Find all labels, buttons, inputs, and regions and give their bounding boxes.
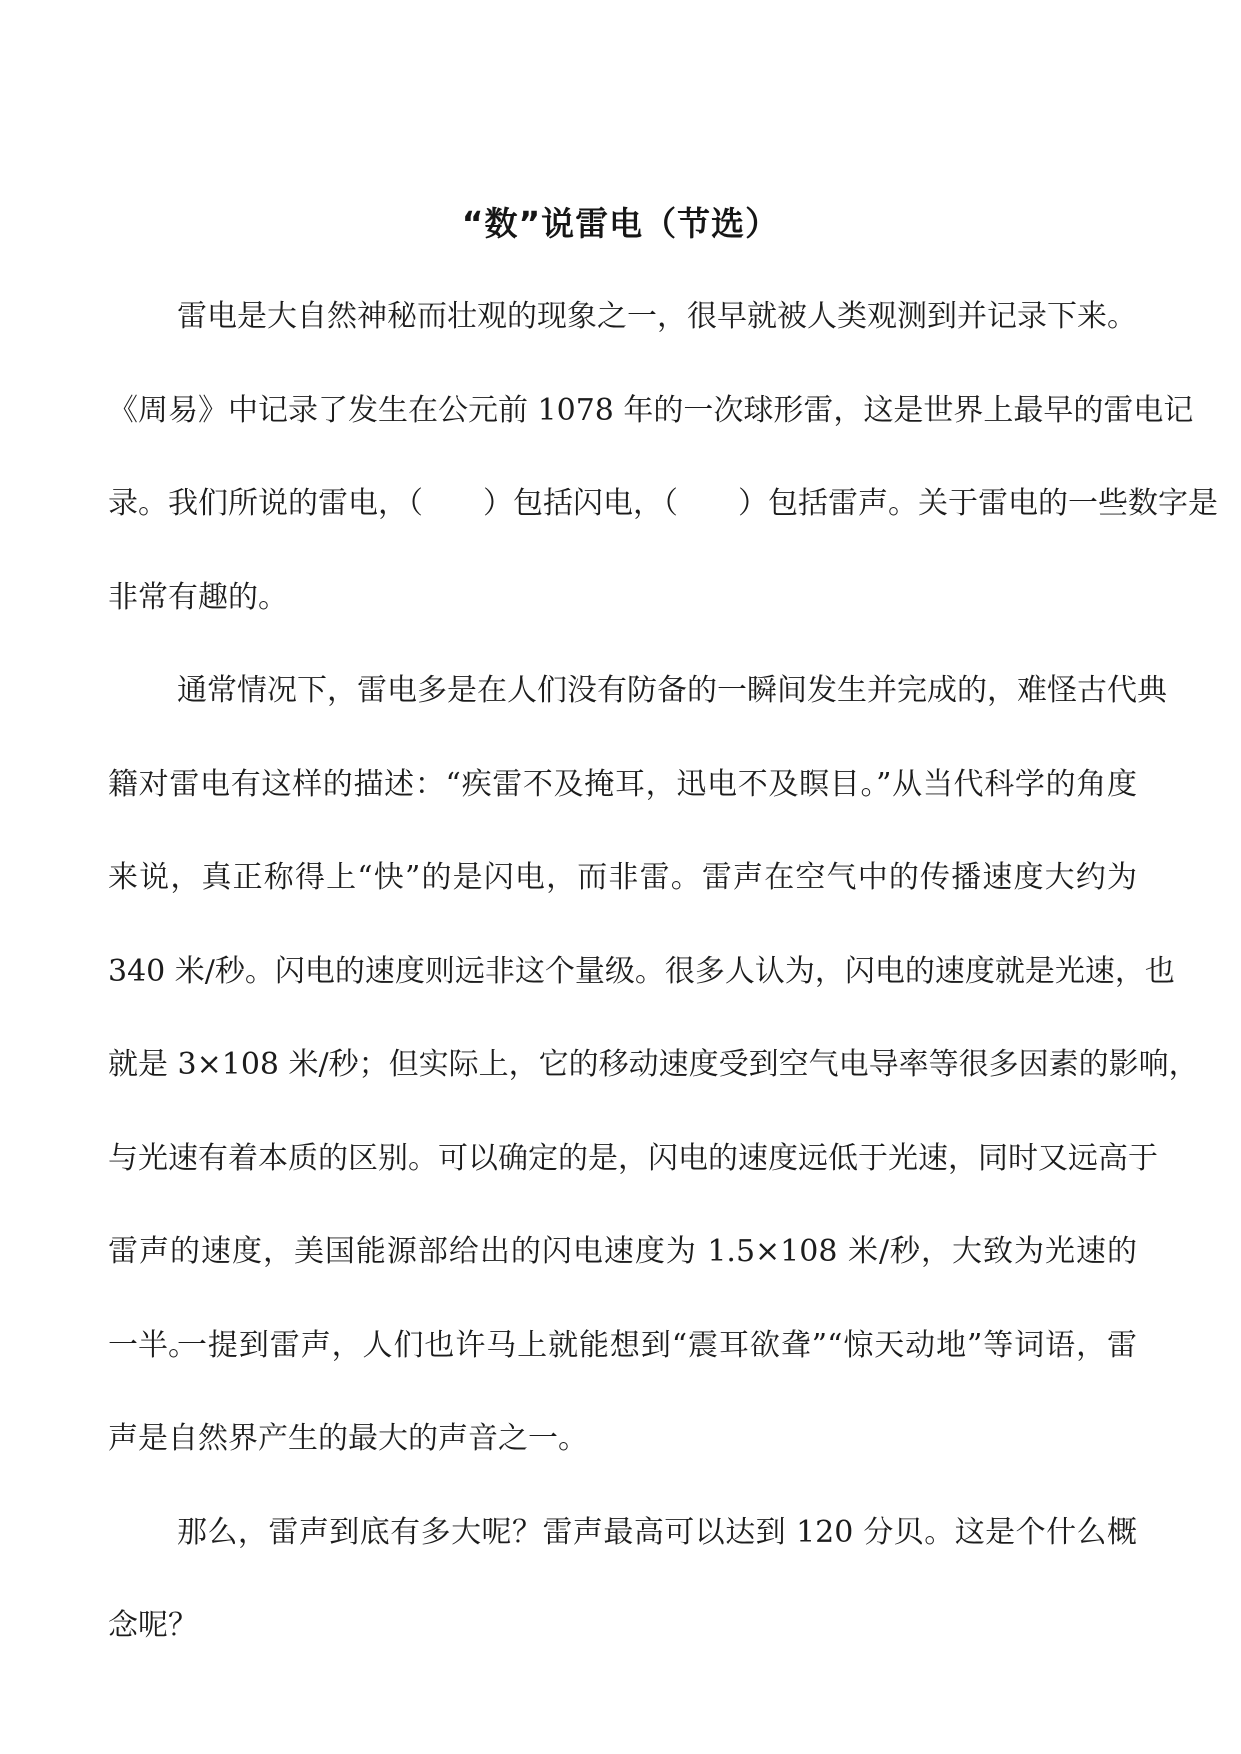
text-line: 籍对雷电有这样的描述：“疾雷不及掩耳，迅电不及瞑目。”从当代科学的角度 <box>108 738 1137 832</box>
text-line: 通常情况下，雷电多是在人们没有防备的一瞬间发生并完成的，难怪古代典 <box>108 644 1137 738</box>
text-line: 雷声的速度，美国能源部给出的闪电速度为 1.5×108 米/秒，大致为光速的一半… <box>108 1205 1137 1299</box>
text-line: 那么，雷声到底有多大呢？雷声最高可以达到 120 分贝。这是个什么概念呢？ <box>108 1486 1137 1580</box>
document-title: “数”说雷电（节选） <box>0 204 1241 244</box>
text-line: 340 米/秒。闪电的速度则远非这个量级。很多人认为，闪电的速度就是光速，也 <box>108 925 1137 1019</box>
text-line: 一提到雷声，人们也许马上就能想到“震耳欲聋”“惊天动地”等词语，雷 <box>108 1299 1137 1393</box>
text-line: 与光速有着本质的区别。可以确定的是，闪电的速度远低于光速，同时又远高于 <box>108 1112 1137 1206</box>
document-page: “数”说雷电（节选） 雷电是大自然神秘而壮观的现象之一，很早就被人类观测到并记录… <box>0 0 1241 1754</box>
text-line: 非常有趣的。 <box>108 551 1137 645</box>
document-body: 雷电是大自然神秘而壮观的现象之一，很早就被人类观测到并记录下来。 《周易》中记录… <box>108 270 1137 1579</box>
text-line: 录。我们所说的雷电，（ ）包括闪电，（ ）包括雷声。关于雷电的一些数字是 <box>108 457 1137 551</box>
text-line: 来说，真正称得上“快”的是闪电，而非雷。雷声在空气中的传播速度大约为 <box>108 831 1137 925</box>
text-line: 雷电是大自然神秘而壮观的现象之一，很早就被人类观测到并记录下来。 <box>108 270 1137 364</box>
text-line: 《周易》中记录了发生在公元前 1078 年的一次球形雷，这是世界上最早的雷电记 <box>108 364 1137 458</box>
text-line: 就是 3×108 米/秒；但实际上，它的移动速度受到空气电导率等很多因素的影响， <box>108 1018 1137 1112</box>
text-line: 声是自然界产生的最大的声音之一。 <box>108 1392 1137 1486</box>
